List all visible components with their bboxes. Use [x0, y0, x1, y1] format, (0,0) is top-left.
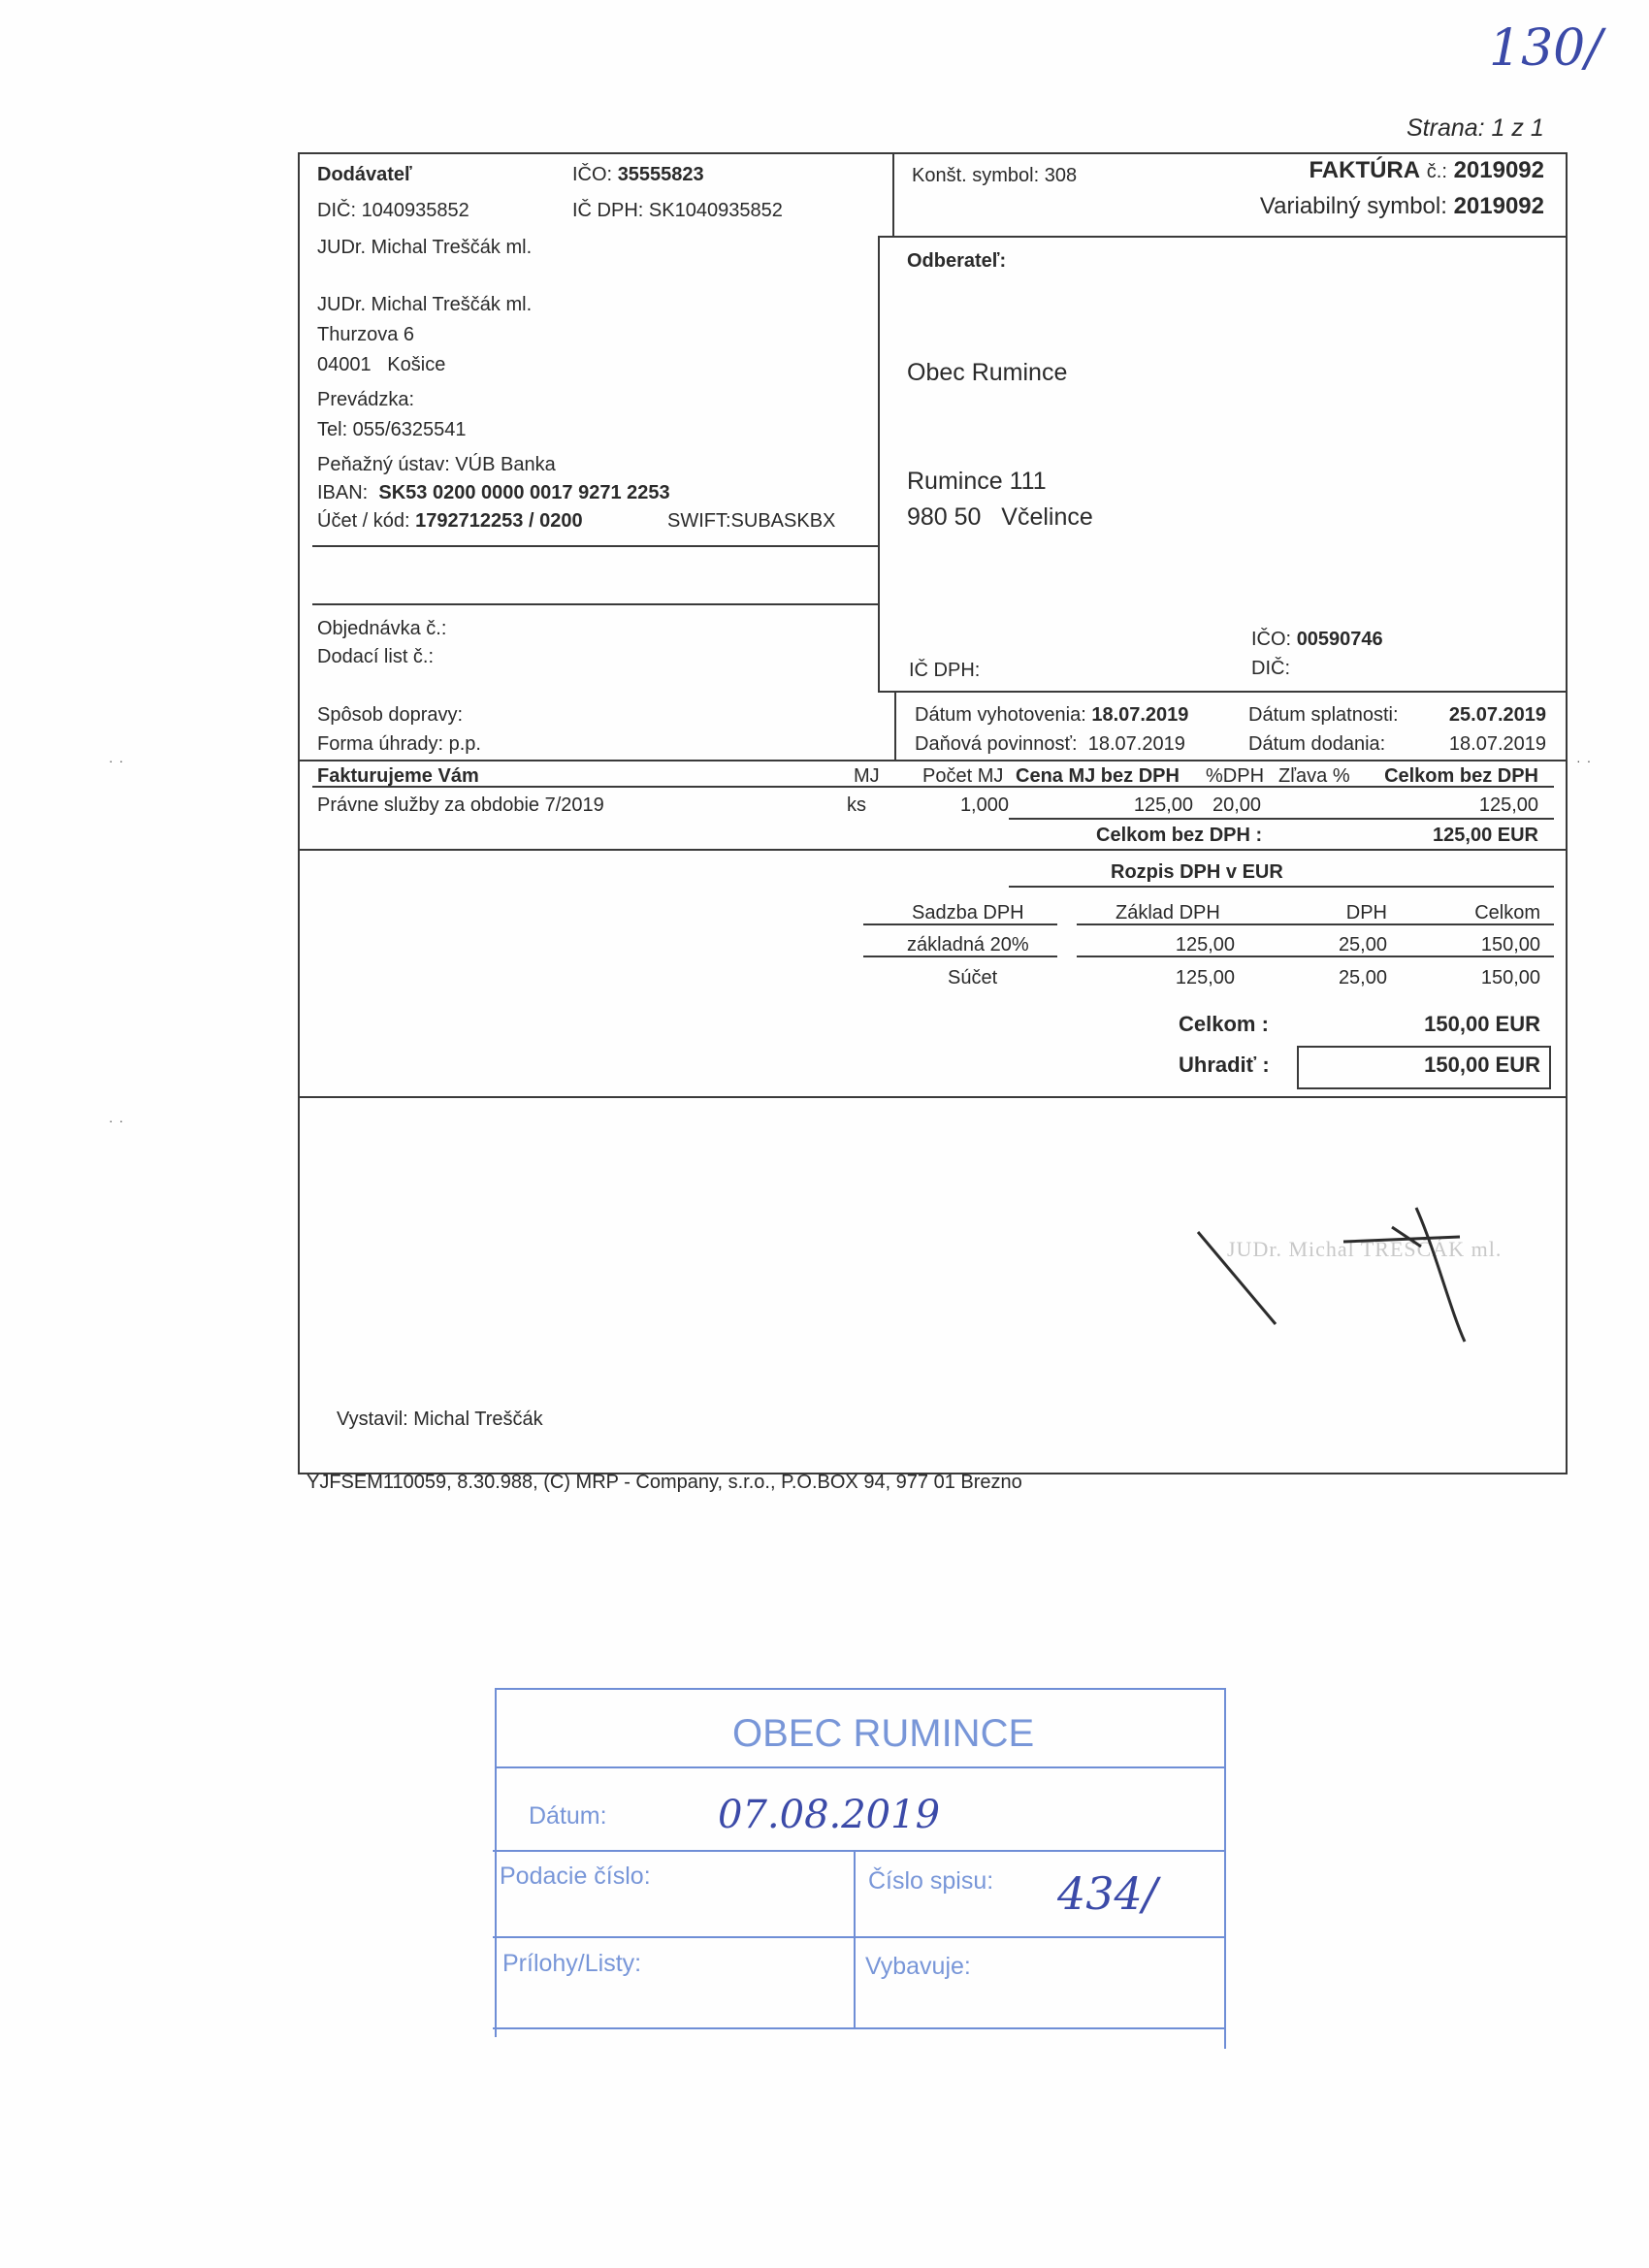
amount-due-value: 150,00 EUR — [1424, 1053, 1540, 1078]
scan-mark: ·· — [109, 1113, 129, 1128]
total-value: 150,00 EUR — [1424, 1012, 1540, 1037]
vat-row-dph: 25,00 — [1339, 967, 1387, 989]
vat-row-sadzba: základná 20% — [907, 934, 1029, 956]
stamp-spis-label: Číslo spisu: — [868, 1867, 993, 1895]
total-label: Celkom : — [1179, 1012, 1269, 1037]
customer-ico: IČO: 00590746 — [1251, 629, 1383, 651]
software-footer: YJFSEM110059, 8.30.988, (C) MRP - Compan… — [307, 1472, 1022, 1494]
konst-symbol: Konšt. symbol: 308 — [912, 165, 1077, 187]
stamp-podacie-label: Podacie číslo: — [500, 1863, 651, 1891]
vat-row-zaklad: 125,00 — [1176, 934, 1235, 956]
supplier-swift: SWIFT:SUBASKBX — [667, 510, 835, 533]
supplier-account: Účet / kód: 1792712253 / 0200 — [317, 510, 583, 533]
supplier-name: JUDr. Michal Treščák ml. — [317, 237, 532, 259]
stamp-spis-value: 434/ — [1057, 1867, 1157, 1920]
customer-city: 980 50 Včelince — [907, 503, 1093, 532]
col-mj: MJ — [854, 765, 880, 788]
col-celkom: Celkom bez DPH — [1384, 765, 1538, 788]
supplier-city: 04001 Košice — [317, 354, 445, 376]
variable-symbol: Variabilný symbol: 2019092 — [1260, 193, 1544, 220]
col-cena: Cena MJ bez DPH — [1016, 765, 1180, 788]
payment-form: Forma úhrady: p.p. — [317, 733, 481, 756]
customer-dic: DIČ: — [1251, 658, 1290, 680]
vat-row-sadzba: Súčet — [948, 967, 997, 989]
stamp-datum-value: 07.08.2019 — [718, 1793, 940, 1837]
subtotal-label: Celkom bez DPH : — [1096, 825, 1262, 847]
vat-row-celkom: 150,00 — [1481, 934, 1540, 956]
vat-col-sadzba: Sadzba DPH — [912, 902, 1024, 924]
issued-by: Vystavil: Michal Treščák — [337, 1409, 543, 1431]
supplier-prevadzka: Prevádzka: — [317, 389, 414, 411]
vat-row-celkom: 150,00 — [1481, 967, 1540, 989]
customer-icdph: IČ DPH: — [909, 660, 980, 682]
date-delivery-label: Dátum dodania: — [1248, 733, 1385, 756]
row-cena: 125,00 — [1134, 794, 1193, 817]
date-issued: Dátum vyhotovenia: 18.07.2019 — [915, 704, 1188, 727]
amount-due-label: Uhradiť : — [1179, 1053, 1270, 1078]
handwritten-number: 130/ — [1489, 19, 1602, 78]
page-indicator: Strana: 1 z 1 — [1406, 114, 1544, 143]
vat-col-celkom: Celkom — [1474, 902, 1540, 924]
col-desc: Fakturujeme Vám — [317, 765, 479, 788]
date-tax: Daňová povinnosť: 18.07.2019 — [915, 733, 1185, 756]
row-desc: Právne služby za obdobie 7/2019 — [317, 794, 604, 817]
stamp-vybavuje-label: Vybavuje: — [865, 1953, 971, 1981]
scan-mark: ·· — [1576, 753, 1597, 768]
supplier-tel: Tel: 055/6325541 — [317, 419, 466, 441]
subtotal-value: 125,00 EUR — [1433, 825, 1538, 847]
transport-method: Spôsob dopravy: — [317, 704, 463, 727]
row-pocet: 1,000 — [960, 794, 1009, 817]
invoice-number: FAKTÚRA č.: 2019092 — [1309, 157, 1544, 184]
supplier-ico: IČO: 35555823 — [572, 164, 704, 186]
vat-row-dph: 25,00 — [1339, 934, 1387, 956]
stamp-datum-label: Dátum: — [529, 1802, 607, 1831]
date-due-label: Dátum splatnosti: — [1248, 704, 1399, 727]
col-dph: %DPH — [1206, 765, 1264, 788]
col-pocet: Počet MJ — [922, 765, 1003, 788]
supplier-iban: IBAN: SK53 0200 0000 0017 9271 2253 — [317, 482, 670, 504]
date-due: 25.07.2019 — [1449, 704, 1546, 727]
customer-street: Rumince 111 — [907, 468, 1047, 496]
row-mj: ks — [847, 794, 866, 817]
supplier-heading: Dodávateľ — [317, 164, 412, 186]
order-number: Objednávka č.: — [317, 618, 446, 640]
vat-col-dph: DPH — [1346, 902, 1387, 924]
stamp-prilohy-label: Prílohy/Listy: — [502, 1950, 641, 1978]
customer-name: Obec Rumince — [907, 359, 1067, 387]
supplier-icdph: IČ DPH: SK1040935852 — [572, 200, 783, 222]
scan-mark: ·· — [109, 753, 129, 768]
supplier-dic: DIČ: 1040935852 — [317, 200, 469, 222]
row-dph: 20,00 — [1212, 794, 1261, 817]
signature-strokes-icon — [1198, 1203, 1450, 1358]
stamp-title: OBEC RUMINCE — [732, 1712, 1034, 1756]
vat-col-zaklad: Základ DPH — [1115, 902, 1220, 924]
vat-title: Rozpis DPH v EUR — [1111, 861, 1283, 884]
date-delivery: 18.07.2019 — [1449, 733, 1546, 756]
supplier-bank: Peňažný ústav: VÚB Banka — [317, 454, 556, 476]
delivery-note: Dodací list č.: — [317, 646, 434, 668]
row-celkom: 125,00 — [1479, 794, 1538, 817]
supplier-address-name: JUDr. Michal Treščák ml. — [317, 294, 532, 316]
customer-heading: Odberateľ: — [907, 250, 1006, 273]
supplier-street: Thurzova 6 — [317, 324, 414, 346]
col-zlava: Zľava % — [1278, 765, 1350, 788]
vat-row-zaklad: 125,00 — [1176, 967, 1235, 989]
